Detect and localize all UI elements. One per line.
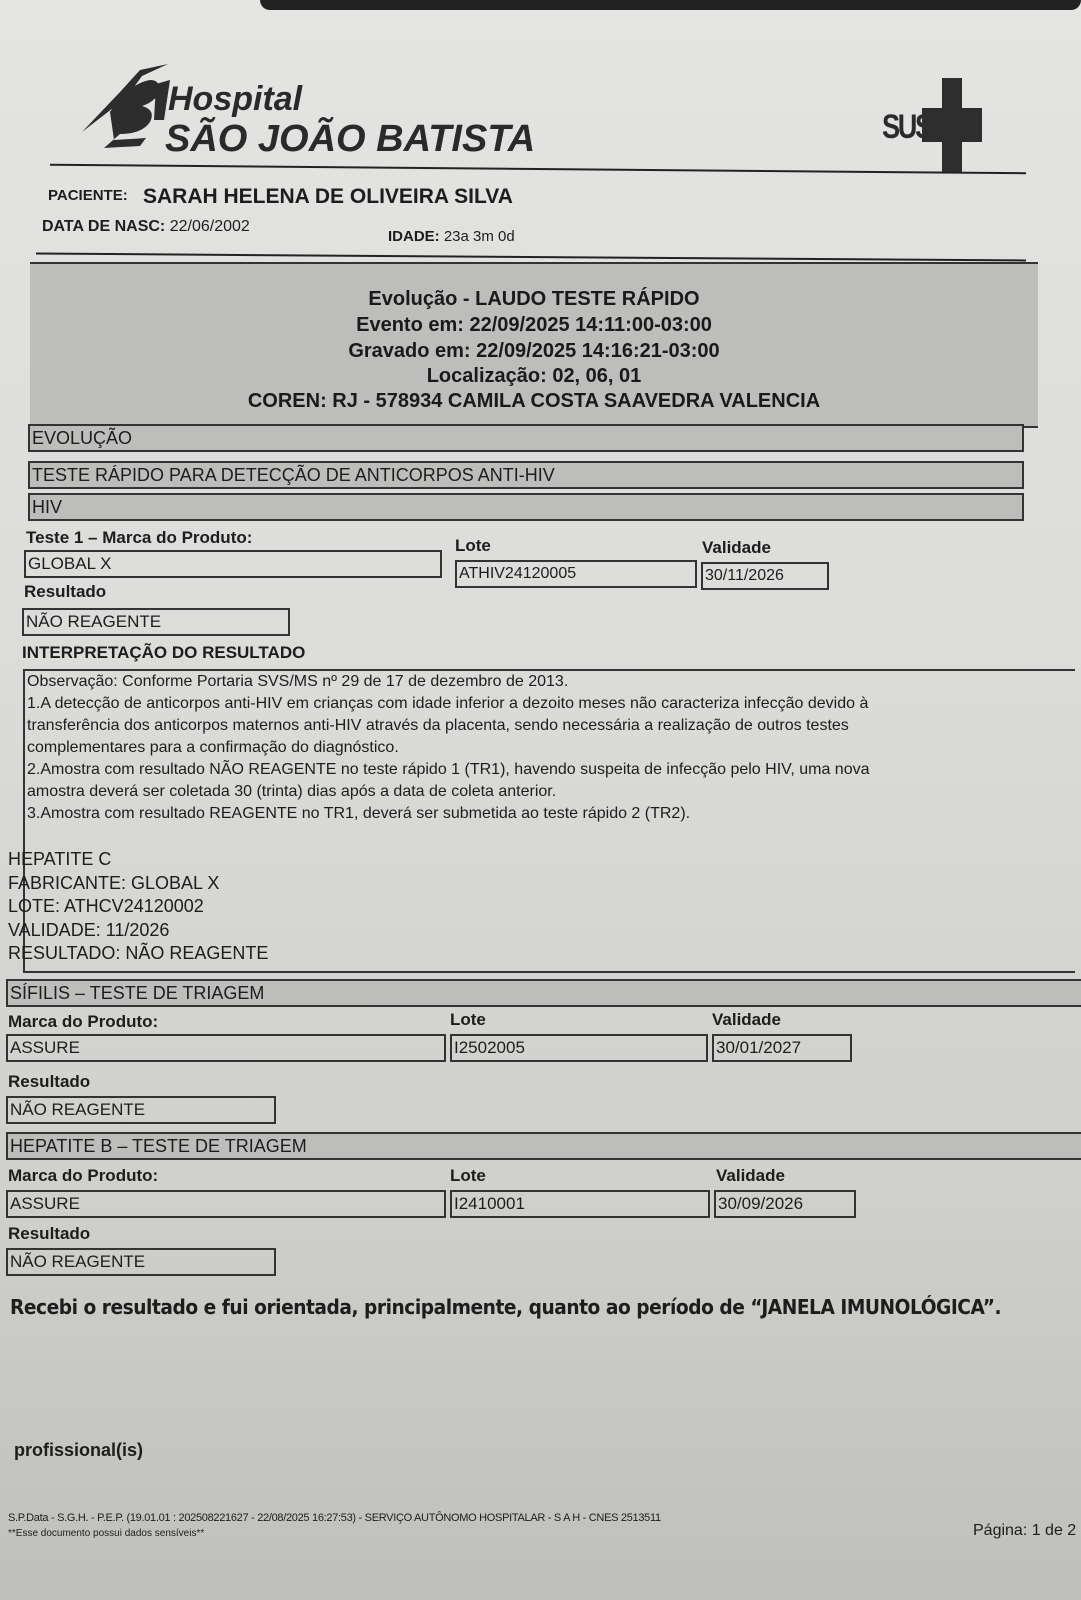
hepatitis-b-brand-label: Marca do Produto: (8, 1166, 158, 1186)
syphilis-brand-label: Marca do Produto: (8, 1012, 158, 1032)
syphilis-lot-label: Lote (450, 1010, 486, 1030)
hepatitis-c-lot: LOTE: ATHCV24120002 (8, 895, 268, 919)
patient-name: SARAH HELENA DE OLIVEIRA SILVA (143, 185, 513, 209)
interpretation-item1-line1: 1.A detecção de anticorpos anti-HIV em c… (25, 693, 1075, 715)
hepatitis-c-manufacturer: FABRICANTE: GLOBAL X (8, 872, 268, 896)
hiv-brand-label: Teste 1 – Marca do Produto: (26, 528, 252, 548)
page-number: Página: 1 de 2 (973, 1522, 1076, 1540)
section-evolucao: EVOLUÇÃO (28, 424, 1024, 452)
interpretation-item2-line1: 2.Amostra com resultado NÃO REAGENTE no … (25, 759, 1075, 781)
footer-sensitive-note: **Esse documento possui dados sensíveis*… (8, 1528, 204, 1539)
patient-declaration: Recebi o resultado e fui orientada, prin… (10, 1295, 1001, 1319)
birth-date-value: 22/06/2002 (170, 218, 250, 235)
age-label: IDADE: (388, 228, 440, 245)
interpretation-title: INTERPRETAÇÃO DO RESULTADO (22, 643, 305, 663)
sus-cross-icon-bar (922, 108, 982, 142)
hiv-lot-field: ATHIV24120005 (455, 560, 697, 588)
hepatitis-c-result: RESULTADO: NÃO REAGENTE (8, 942, 268, 966)
patient-label: PACIENTE: (48, 187, 128, 204)
interpretation-item3: 3.Amostra com resultado REAGENTE no TR1,… (25, 803, 1075, 825)
interpretation-observation: Observação: Conforme Portaria SVS/MS nº … (25, 671, 1075, 693)
hepatitis-b-result-label: Resultado (8, 1224, 90, 1244)
hepatitis-c-block: HEPATITE C FABRICANTE: GLOBAL X LOTE: AT… (8, 848, 268, 966)
section-hiv: HIV (28, 493, 1024, 521)
syphilis-result-label: Resultado (8, 1072, 90, 1092)
interpretation-item1-line2: transferência dos anticorpos maternos an… (25, 715, 1075, 737)
hiv-validity-field: 30/11/2026 (701, 562, 829, 590)
syphilis-brand-field: ASSURE (6, 1034, 446, 1062)
hepatitis-b-lot-label: Lote (450, 1166, 486, 1186)
interpretation-item1-line3: complementares para a confirmação do dia… (25, 737, 1075, 759)
section-hiv-test-title: TESTE RÁPIDO PARA DETECÇÃO DE ANTICORPOS… (28, 461, 1024, 489)
hiv-result-field: NÃO REAGENTE (22, 608, 290, 636)
section-hepatitis-b: HEPATITE B – TESTE DE TRIAGEM (6, 1132, 1081, 1160)
background-object (260, 0, 1081, 10)
hepatitis-b-brand-field: ASSURE (6, 1190, 446, 1218)
birth-date-row: DATA DE NASC: 22/06/2002 (42, 218, 250, 236)
interpretation-item2-line2: amostra deverá ser coletada 30 (trinta) … (25, 781, 1075, 803)
event-datetime: Evento em: 22/09/2025 14:11:00-03:00 (30, 314, 1038, 337)
hepatitis-c-title: HEPATITE C (8, 848, 268, 872)
hospital-name-line1: Hospital (168, 80, 302, 119)
age-row: IDADE: 23a 3m 0d (388, 228, 515, 245)
section-syphilis: SÍFILIS – TESTE DE TRIAGEM (6, 979, 1081, 1007)
hiv-result-label: Resultado (24, 582, 106, 602)
hepatitis-c-validity: VALIDADE: 11/2026 (8, 919, 268, 943)
syphilis-result-field: NÃO REAGENTE (6, 1096, 276, 1124)
hepatitis-b-lot-field: I2410001 (450, 1190, 710, 1218)
hiv-lot-label: Lote (455, 536, 491, 556)
hiv-brand-field: GLOBAL X (24, 550, 442, 578)
sus-logo: SUS (880, 78, 990, 178)
location: Localização: 02, 06, 01 (30, 365, 1038, 388)
coren-professional: COREN: RJ - 578934 CAMILA COSTA SAAVEDRA… (30, 390, 1038, 413)
report-header: Evolução - LAUDO TESTE RÁPIDO Evento em:… (30, 262, 1038, 428)
birth-date-label: DATA DE NASC: (42, 218, 165, 235)
report-title: Evolução - LAUDO TESTE RÁPIDO (30, 288, 1038, 311)
syphilis-validity-label: Validade (712, 1010, 781, 1030)
recorded-datetime: Gravado em: 22/09/2025 14:16:21-03:00 (30, 340, 1038, 363)
hospital-logo-icon (80, 62, 170, 152)
syphilis-validity-field: 30/01/2027 (712, 1034, 852, 1062)
hepatitis-b-result-field: NÃO REAGENTE (6, 1248, 276, 1276)
signature-label: profissional(is) (14, 1440, 143, 1461)
footer-system-line: S.P.Data - S.G.H. - P.E.P. (19.01.01 : 2… (8, 1512, 661, 1524)
hiv-validity-label: Validade (702, 538, 771, 558)
age-value: 23a 3m 0d (444, 228, 515, 245)
syphilis-lot-field: I2502005 (450, 1034, 708, 1062)
hepatitis-b-validity-field: 30/09/2026 (714, 1190, 856, 1218)
hospital-name-line2: SÃO JOÃO BATISTA (165, 118, 535, 161)
hepatitis-b-validity-label: Validade (716, 1166, 785, 1186)
patient-divider (36, 253, 1026, 262)
